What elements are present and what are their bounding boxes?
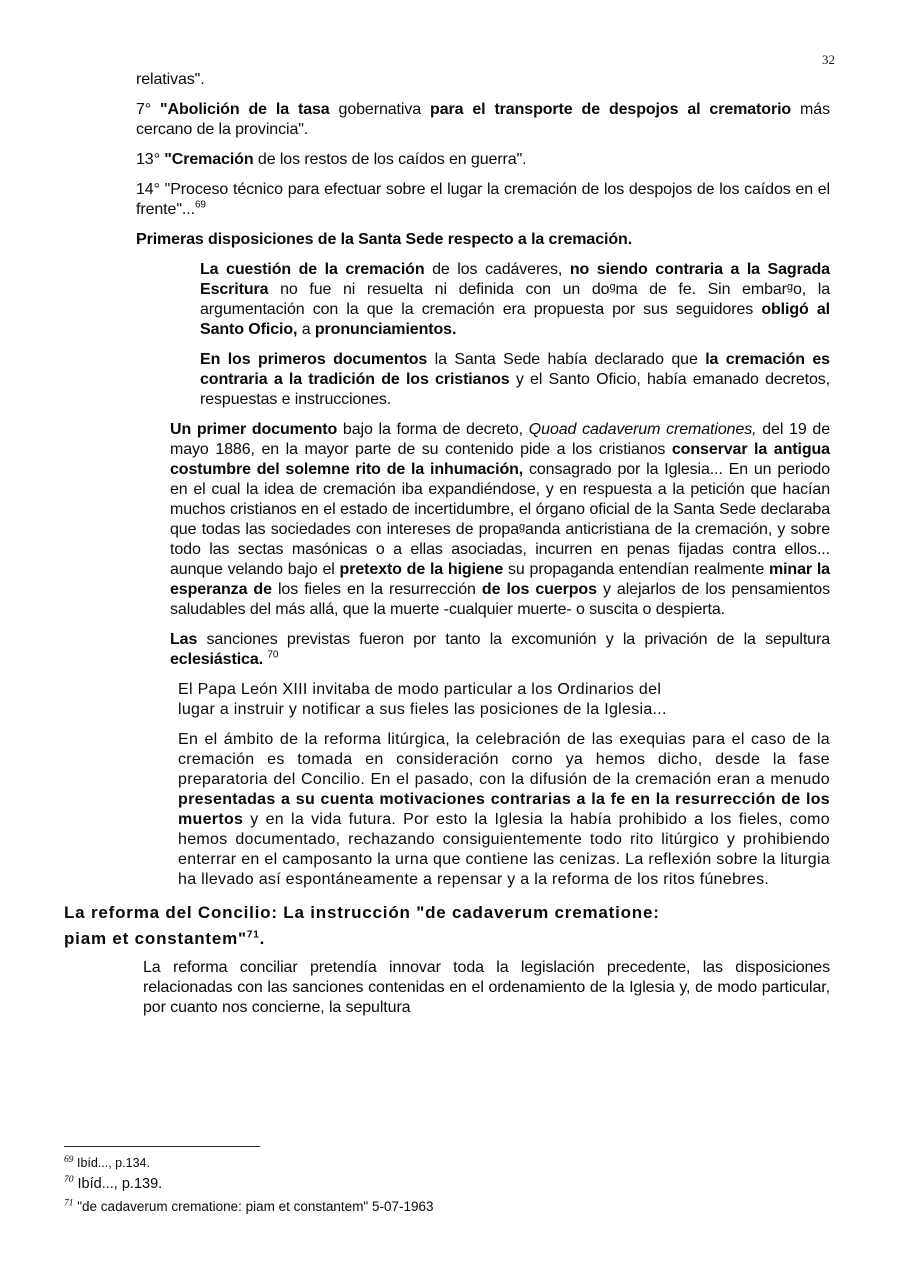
footnote-text: Ibíd..., p.139.: [74, 1176, 163, 1192]
para-la-cuestion: La cuestión de la cremación de los cadáv…: [200, 260, 830, 340]
footnote-divider: [64, 1146, 260, 1147]
footnote-69: 69 Ibíd..., p.134.: [64, 1154, 830, 1172]
superscript-marker: 70: [267, 650, 278, 661]
para-item-13: 13° "Cremación de los restos de los caíd…: [136, 150, 830, 170]
document-page: 32 relativas".7° "Abolición de la tasa g…: [0, 0, 905, 1280]
para-reforma-conciliar: La reforma conciliar pretendía innovar t…: [143, 958, 830, 1018]
para-papa-leon: El Papa León XIII invitaba de modo parti…: [178, 680, 830, 720]
footnote-70: 70 Ibíd..., p.139.: [64, 1174, 830, 1195]
footnote-marker: 71: [64, 1199, 74, 1209]
para-item-14: 14° "Proceso técnico para efectuar sobre…: [136, 180, 830, 220]
footnote-marker: 69: [64, 1155, 74, 1165]
footnotes-section: 69 Ibíd..., p.134.70 Ibíd..., p.139.71 "…: [64, 1146, 830, 1219]
footnote-marker: 70: [64, 1175, 74, 1185]
para-relativas: relativas".: [136, 70, 830, 90]
para-sanciones: Las sanciones previstas fueron por tanto…: [170, 630, 830, 670]
para-ambito-reforma: En el ámbito de la reforma litúrgica, la…: [178, 730, 830, 890]
para-item-7: 7° "Abolición de la tasa gobernativa par…: [136, 100, 830, 140]
footnote-text: "de cadaverum crematione: piam et consta…: [74, 1199, 434, 1214]
footnote-71: 71 "de cadaverum crematione: piam et con…: [64, 1197, 830, 1217]
footnotes-list: 69 Ibíd..., p.134.70 Ibíd..., p.139.71 "…: [64, 1154, 830, 1217]
section-heading-reforma-concilio: La reforma del Concilio: La instrucción …: [64, 900, 830, 952]
document-body: relativas".7° "Abolición de la tasa gobe…: [64, 70, 830, 1028]
section-heading-primeras-disposiciones: Primeras disposiciones de la Santa Sede …: [136, 230, 830, 250]
footnote-text: Ibíd..., p.134.: [74, 1156, 150, 1170]
para-primeros-documentos: En los primeros documentos la Santa Sede…: [200, 350, 830, 410]
superscript-marker: 69: [195, 200, 206, 211]
superscript-marker: 71: [247, 929, 260, 940]
para-primer-documento: Un primer documento bajo la forma de dec…: [170, 420, 830, 620]
page-number: 32: [822, 52, 835, 68]
